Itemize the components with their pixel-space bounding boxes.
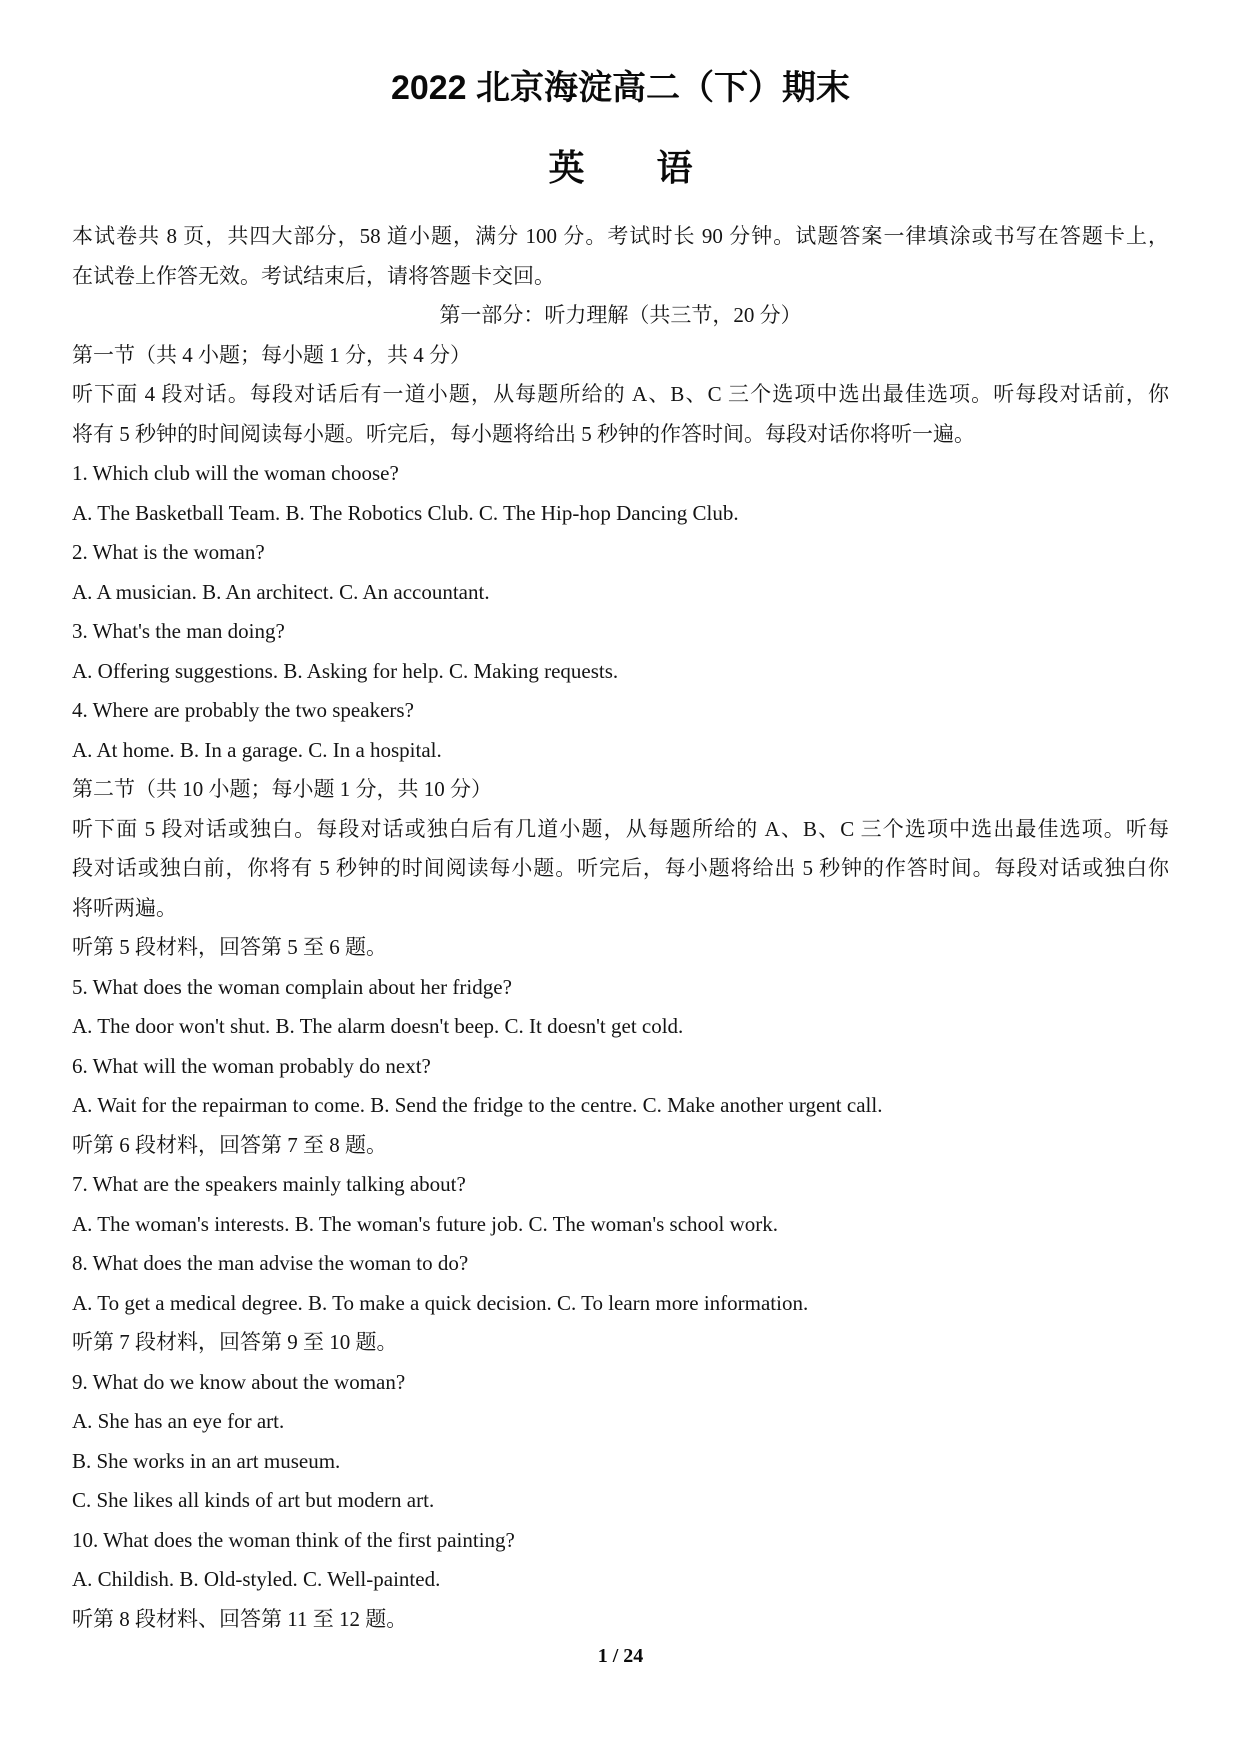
- document-line: 4. Where are probably the two speakers?: [72, 691, 1169, 731]
- document-line: 听下面 5 段对话或独白。每段对话或独白后有几道小题，从每题所给的 A、B、C …: [72, 810, 1169, 850]
- document-line: 听第 5 段材料，回答第 5 至 6 题。: [72, 928, 1169, 968]
- page-number-indicator: 1 / 24: [72, 1641, 1169, 1671]
- document-line: 将有 5 秒钟的时间阅读每小题。听完后，每小题将给出 5 秒钟的作答时间。每段对…: [72, 415, 1169, 455]
- document-line: 10. What does the woman think of the fir…: [72, 1521, 1169, 1561]
- document-line: 听第 8 段材料、回答第 11 至 12 题。: [72, 1600, 1169, 1640]
- document-line: 第一节（共 4 小题；每小题 1 分，共 4 分）: [72, 336, 1169, 376]
- document-line: A. The Basketball Team. B. The Robotics …: [72, 494, 1169, 534]
- document-line: 8. What does the man advise the woman to…: [72, 1244, 1169, 1284]
- document-line: 6. What will the woman probably do next?: [72, 1047, 1169, 1087]
- document-line: 听下面 4 段对话。每段对话后有一道小题，从每题所给的 A、B、C 三个选项中选…: [72, 375, 1169, 415]
- document-line: A. A musician. B. An architect. C. An ac…: [72, 573, 1169, 613]
- document-line: A. Offering suggestions. B. Asking for h…: [72, 652, 1169, 692]
- exam-title: 2022 北京海淀高二（下）期末: [72, 66, 1169, 110]
- document-line: B. She works in an art museum.: [72, 1442, 1169, 1482]
- document-line: 听第 6 段材料，回答第 7 至 8 题。: [72, 1126, 1169, 1166]
- document-line: 将听两遍。: [72, 889, 1169, 929]
- document-line: 第一部分：听力理解（共三节，20 分）: [72, 296, 1169, 336]
- document-line: A. She has an eye for art.: [72, 1402, 1169, 1442]
- document-line: 在试卷上作答无效。考试结束后，请将答题卡交回。: [72, 257, 1169, 297]
- document-line: 5. What does the woman complain about he…: [72, 968, 1169, 1008]
- document-line: 听第 7 段材料，回答第 9 至 10 题。: [72, 1323, 1169, 1363]
- document-line: A. To get a medical degree. B. To make a…: [72, 1284, 1169, 1324]
- document-body: 本试卷共 8 页，共四大部分，58 道小题，满分 100 分。考试时长 90 分…: [72, 217, 1169, 1639]
- document-line: A. The door won't shut. B. The alarm doe…: [72, 1007, 1169, 1047]
- document-line: A. Childish. B. Old-styled. C. Well-pain…: [72, 1560, 1169, 1600]
- document-line: C. She likes all kinds of art but modern…: [72, 1481, 1169, 1521]
- document-line: A. At home. B. In a garage. C. In a hosp…: [72, 731, 1169, 771]
- document-line: 7. What are the speakers mainly talking …: [72, 1165, 1169, 1205]
- exam-paper-page: 2022 北京海淀高二（下）期末 英 语 本试卷共 8 页，共四大部分，58 道…: [0, 0, 1241, 1755]
- document-line: 第二节（共 10 小题；每小题 1 分，共 10 分）: [72, 770, 1169, 810]
- exam-subject-title: 英 语: [72, 144, 1169, 191]
- document-line: A. The woman's interests. B. The woman's…: [72, 1205, 1169, 1245]
- document-line: 本试卷共 8 页，共四大部分，58 道小题，满分 100 分。考试时长 90 分…: [72, 217, 1169, 257]
- document-line: 2. What is the woman?: [72, 533, 1169, 573]
- document-line: 3. What's the man doing?: [72, 612, 1169, 652]
- document-line: A. Wait for the repairman to come. B. Se…: [72, 1086, 1169, 1126]
- document-line: 段对话或独白前，你将有 5 秒钟的时间阅读每小题。听完后，每小题将给出 5 秒钟…: [72, 849, 1169, 889]
- document-line: 9. What do we know about the woman?: [72, 1363, 1169, 1403]
- document-line: 1. Which club will the woman choose?: [72, 454, 1169, 494]
